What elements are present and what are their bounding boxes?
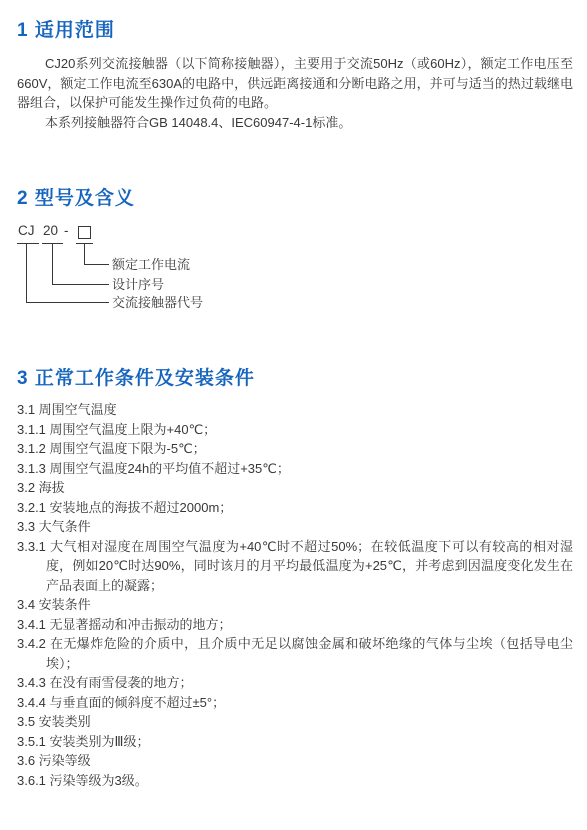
conditions-list: 3.1 周围空气温度 3.1.1 周围空气温度上限为+40℃； 3.1.2 周围… <box>17 400 573 790</box>
label-design-serial: 设计序号 <box>112 278 164 291</box>
section-model-heading: 2 型号及含义 <box>17 186 573 212</box>
condition-item-3-4: 3.4 安装条件 <box>17 595 573 615</box>
condition-item-3-2-1: 3.2.1 安装地点的海拔不超过2000m； <box>17 498 573 518</box>
condition-item-3-5-1: 3.5.1 安装类别为Ⅲ级； <box>17 732 573 752</box>
document-page: 1 适用范围 CJ20系列交流接触器（以下简称接触器），主要用于交流50Hz（或… <box>0 0 587 830</box>
condition-item-3-4-4: 3.4.4 与垂直面的倾斜度不超过±5°； <box>17 693 573 713</box>
condition-item-3-1-2: 3.1.2 周围空气温度下限为-5℃； <box>17 439 573 459</box>
condition-item-3-5: 3.5 安装类别 <box>17 712 573 732</box>
condition-item-3-4-2: 3.4.2 在无爆炸危险的介质中，且介质中无足以腐蚀金属和破坏绝缘的气体与尘埃（… <box>17 634 573 673</box>
model-code-dash: - <box>64 223 69 239</box>
label-rated-current: 额定工作电流 <box>112 258 190 271</box>
condition-item-3-4-1: 3.4.1 无显著摇动和冲击振动的地方； <box>17 615 573 635</box>
scope-paragraph-1: CJ20系列交流接触器（以下简称接触器），主要用于交流50Hz（或60Hz），额… <box>17 54 573 113</box>
condition-item-3-1: 3.1 周围空气温度 <box>17 400 573 420</box>
scope-paragraph-2: 本系列接触器符合GB 14048.4、IEC60947-4-1标准。 <box>17 113 573 133</box>
condition-item-3-3-1: 3.3.1 大气相对湿度在周围空气温度为+40℃时不超过50%；在较低温度下可以… <box>17 537 573 596</box>
label-contactor-code: 交流接触器代号 <box>112 296 203 309</box>
condition-item-3-6: 3.6 污染等级 <box>17 751 573 771</box>
condition-item-3-4-3: 3.4.3 在没有雨雪侵袭的地方； <box>17 673 573 693</box>
model-placeholder-box-icon <box>78 226 91 239</box>
condition-item-3-6-1: 3.6.1 污染等级为3级。 <box>17 771 573 791</box>
section-conditions-heading: 3 正常工作条件及安装条件 <box>17 366 573 392</box>
condition-item-3-1-3: 3.1.3 周围空气温度24h的平均值不超过+35℃； <box>17 459 573 479</box>
condition-item-3-1-1: 3.1.1 周围空气温度上限为+40℃； <box>17 420 573 440</box>
model-designation-diagram: CJ 20 - 额定工作电流 设计序号 交流接触器代号 <box>17 223 573 313</box>
section-scope-heading: 1 适用范围 <box>17 18 573 44</box>
condition-item-3-2: 3.2 海拔 <box>17 478 573 498</box>
model-code-series: 20 <box>43 223 58 239</box>
connector-line-contactor-code <box>26 244 109 303</box>
condition-item-3-3: 3.3 大气条件 <box>17 517 573 537</box>
model-code-prefix: CJ <box>18 223 35 239</box>
